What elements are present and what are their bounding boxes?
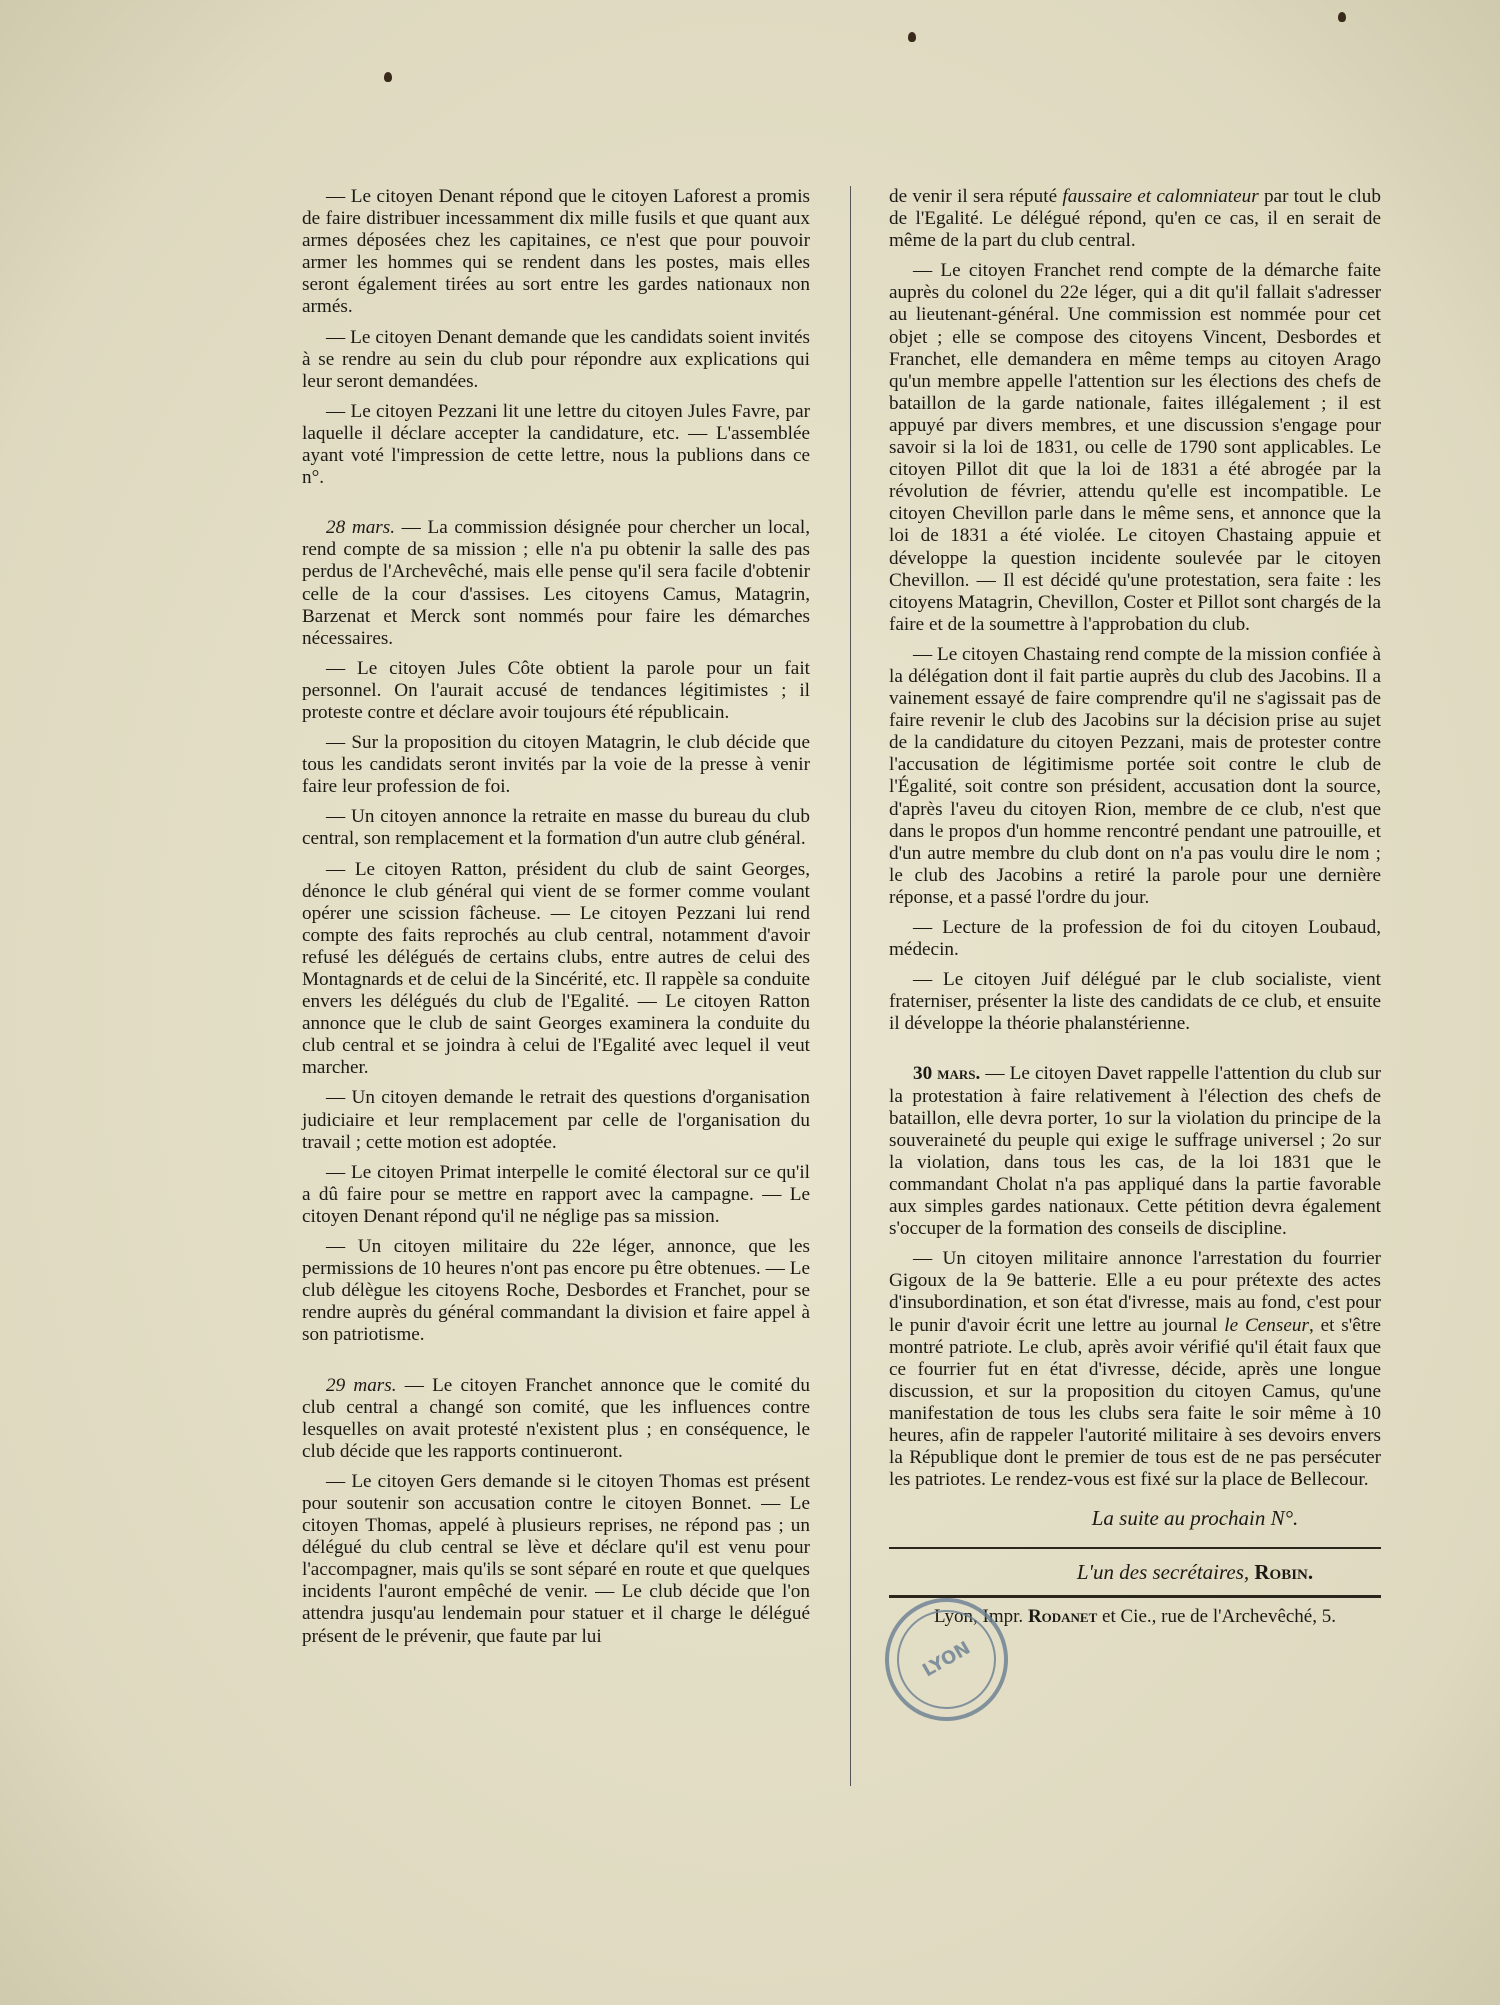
divider-rule <box>889 1595 1381 1598</box>
text: de venir il sera réputé <box>889 186 1062 207</box>
newspaper-page: — Le citoyen Denant répond que le citoye… <box>0 0 1500 2005</box>
ink-mark <box>908 32 916 42</box>
paragraph: — Le citoyen Ratton, président du club d… <box>302 859 810 1080</box>
paragraph: — Lecture de la profession de foi du cit… <box>889 917 1381 961</box>
ink-mark <box>1338 12 1346 22</box>
paragraph: — Un citoyen militaire du 22e léger, ann… <box>302 1236 810 1346</box>
left-column: — Le citoyen Denant répond que le citoye… <box>302 186 810 1656</box>
italic-text: faussaire et calomniateur <box>1062 186 1258 207</box>
paragraph: — Le citoyen Denant demande que les cand… <box>302 327 810 393</box>
entry-text: — Le citoyen Davet rappelle l'attention … <box>889 1063 1381 1239</box>
text: et Cie., rue de l'Archevêché, 5. <box>1097 1606 1336 1627</box>
italic-text: le Censeur <box>1224 1315 1309 1336</box>
paragraph: — Sur la proposition du citoyen Matagrin… <box>302 732 810 798</box>
signature: L'un des secrétaires, Robin. <box>1009 1561 1381 1583</box>
ink-mark <box>384 72 392 82</box>
dated-entry-28-mars: 28 mars. — La commission désignée pour c… <box>302 517 810 650</box>
divider-rule <box>889 1547 1381 1549</box>
paragraph: — Le citoyen Denant répond que le citoye… <box>302 186 810 319</box>
entry-date: 28 mars. <box>326 517 395 538</box>
paragraph: — Le citoyen Juif délégué par le club so… <box>889 969 1381 1035</box>
paragraph: — Le citoyen Franchet rend compte de la … <box>889 260 1381 636</box>
secretary-name: Robin. <box>1254 1560 1313 1584</box>
paragraph: — Le citoyen Jules Côte obtient la parol… <box>302 658 810 724</box>
entry-date: 30 mars. <box>913 1063 980 1084</box>
paragraph: — Un citoyen demande le retrait des ques… <box>302 1087 810 1153</box>
column-divider <box>850 186 851 1786</box>
paragraph: — Un citoyen annonce la retraite en mass… <box>302 806 810 850</box>
entry-date: 29 mars. <box>326 1375 397 1396</box>
paragraph: — Le citoyen Chastaing rend compte de la… <box>889 644 1381 909</box>
paragraph: — Le citoyen Pezzani lit une lettre du c… <box>302 401 810 489</box>
continued-note: La suite au prochain N°. <box>1009 1507 1381 1529</box>
dated-entry-29-mars: 29 mars. — Le citoyen Franchet annonce q… <box>302 1375 810 1463</box>
dated-entry-30-mars: 30 mars. — Le citoyen Davet rappelle l'a… <box>889 1063 1381 1240</box>
paragraph: — Le citoyen Primat interpelle le comité… <box>302 1162 810 1228</box>
paragraph-continuation: de venir il sera réputé faussaire et cal… <box>889 186 1381 252</box>
paragraph: — Le citoyen Gers demande si le citoyen … <box>302 1471 810 1648</box>
paragraph: — Un citoyen militaire annonce l'arresta… <box>889 1248 1381 1491</box>
text: , et s'être montré patriote. Le club, ap… <box>889 1315 1381 1491</box>
printer-name: Rodanet <box>1028 1606 1097 1627</box>
text: L'un des secrétaires, <box>1077 1560 1255 1584</box>
right-column: de venir il sera réputé faussaire et cal… <box>889 186 1381 1629</box>
